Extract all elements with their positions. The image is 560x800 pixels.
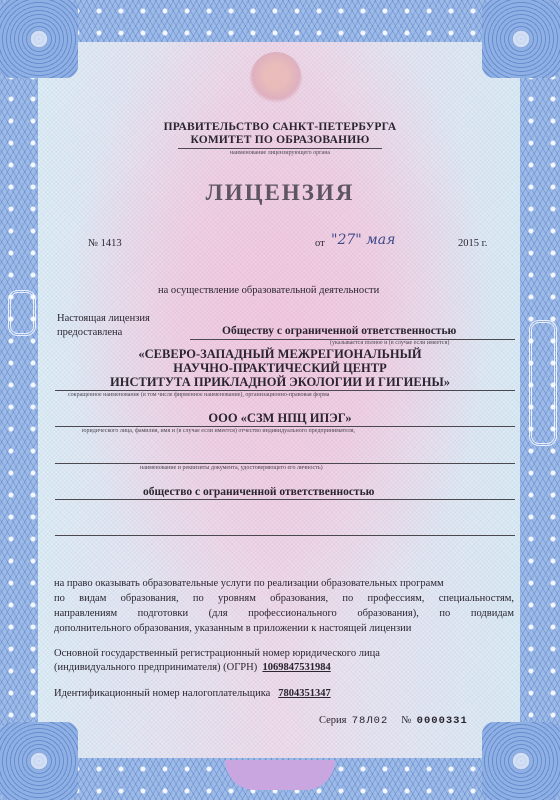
caption-short-name: сокращенное наименование (в том числе фи… <box>68 392 329 398</box>
org-short-name: ООО «СЗМ НПЦ ИПЭГ» <box>0 411 560 426</box>
serial-number-label: № <box>401 715 411 726</box>
rights-paragraph: на право оказывать образовательные услуг… <box>54 576 514 636</box>
org-name-line-1: «СЕВЕРО-ЗАПАДНЫЙ МЕЖРЕГИОНАЛЬНЫЙ <box>0 347 560 362</box>
ogrn-label-1: Основной государственный регистрационный… <box>54 648 380 659</box>
divider <box>178 148 382 149</box>
authority-line-2: КОМИТЕТ ПО ОБРАЗОВАНИЮ <box>0 134 560 146</box>
series-label: Серия <box>319 715 347 726</box>
authority-caption: наименование лицензирующего органа <box>0 150 560 156</box>
corner-ornament-icon <box>482 0 560 78</box>
knot-ornament-icon <box>8 290 36 336</box>
rights-line-1: на право оказывать образовательные услуг… <box>54 576 514 591</box>
org-form-full: Обществу с ограниченной ответственностью <box>222 325 456 337</box>
divider <box>55 535 515 536</box>
divider <box>55 463 515 464</box>
rights-line-3: направлениям подготовки (для профессиона… <box>54 606 514 621</box>
inn-label: Идентификационный номер налогоплательщик… <box>54 688 270 699</box>
caption-identity-doc: наименование и реквизиты документа, удос… <box>140 465 323 471</box>
inn-row: Идентификационный номер налогоплательщик… <box>54 688 331 699</box>
ogrn-label-2: (индивидуального предпринимателя) (ОГРН)… <box>54 662 331 673</box>
ornamental-border-left <box>0 0 38 800</box>
org-form: общество с ограниченной ответственностью <box>143 486 374 498</box>
corner-ornament-icon <box>0 722 78 800</box>
org-name-line-3: ИНСТИТУТА ПРИКЛАДНОЙ ЭКОЛОГИИ И ГИГИЕНЫ» <box>0 375 560 390</box>
rights-line-4: дополнительного образования, указанным в… <box>54 621 514 636</box>
divider <box>55 390 515 391</box>
granted-label-2: предоставлена <box>57 327 122 338</box>
bottom-ornament-icon <box>225 760 335 790</box>
inn-value: 7804351347 <box>278 688 331 699</box>
document-title: ЛИЦЕНЗИЯ <box>0 180 560 206</box>
corner-ornament-icon <box>0 0 78 78</box>
serial-number-value: 0000331 <box>417 715 468 727</box>
caption-full-name: (указывается полное и (в случае если име… <box>330 340 449 346</box>
coat-of-arms-icon <box>250 52 302 104</box>
authority-line-1: ПРАВИТЕЛЬСТВО САНКТ-ПЕТЕРБУРГА <box>0 121 560 133</box>
series-value: 78Л02 <box>352 715 389 727</box>
date-prefix: от <box>315 238 325 249</box>
license-document: ПРАВИТЕЛЬСТВО САНКТ-ПЕТЕРБУРГА КОМИТЕТ П… <box>0 0 560 800</box>
series-row: Серия 78Л02 № 0000331 <box>319 715 468 727</box>
divider <box>55 426 515 427</box>
caption-entity: юридического лица, фамилия, имя и (в слу… <box>82 428 355 434</box>
corner-ornament-icon <box>482 722 560 800</box>
divider <box>55 499 515 500</box>
issue-date-handwritten: "27" мая <box>331 232 395 248</box>
issue-year: 2015 г. <box>458 238 487 249</box>
granted-label-1: Настоящая лицензия <box>57 313 150 324</box>
ogrn-value: 1069847531984 <box>262 662 330 673</box>
ogrn-label-text: (индивидуального предпринимателя) (ОГРН) <box>54 662 257 673</box>
org-name-line-2: НАУЧНО-ПРАКТИЧЕСКИЙ ЦЕНТР <box>0 361 560 376</box>
license-number: № 1413 <box>88 238 122 249</box>
ornamental-border-top <box>0 0 560 42</box>
rights-line-2: по видам образования, по уровням образов… <box>54 591 514 606</box>
license-purpose: на осуществление образовательной деятель… <box>158 285 379 296</box>
